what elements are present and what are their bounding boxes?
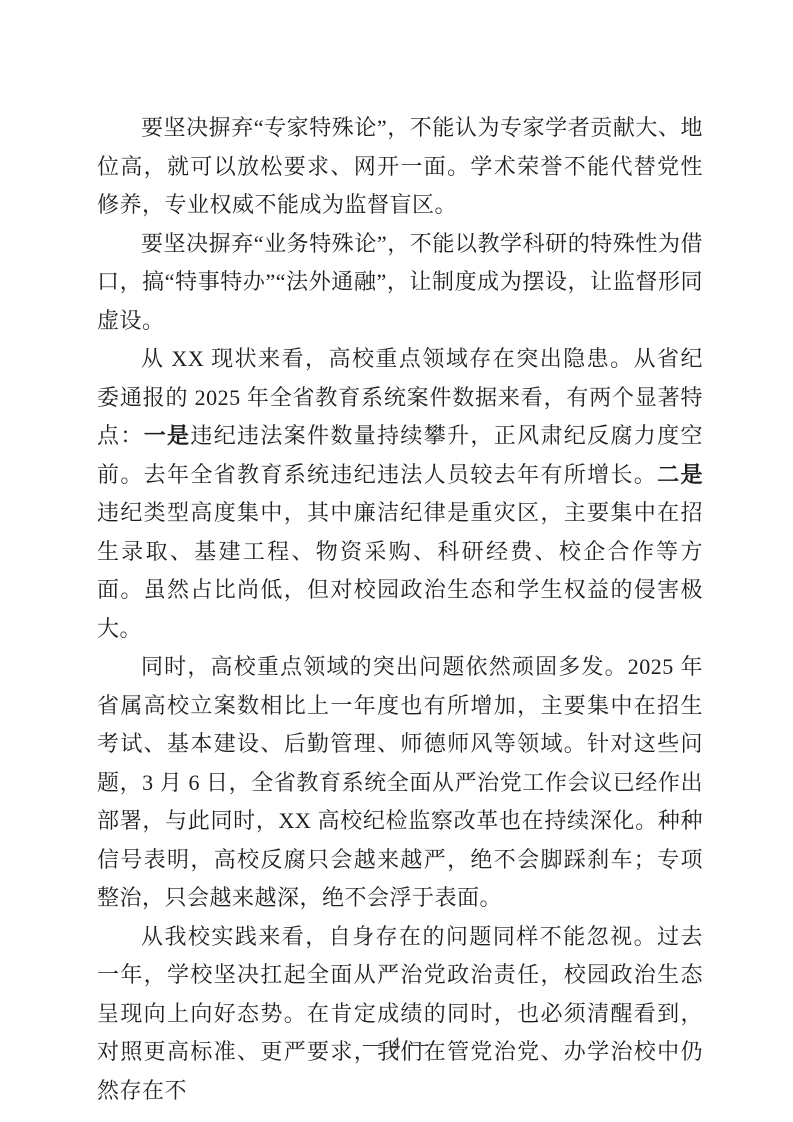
page-number: — 4 —	[363, 1034, 430, 1055]
document-body: 要坚决摒弃“专家特殊论”，不能认为专家学者贡献大、地位高，就可以放松要求、网开一…	[97, 109, 703, 1110]
paragraph: 要坚决摒弃“专家特殊论”，不能认为专家学者贡献大、地位高，就可以放松要求、网开一…	[97, 109, 703, 225]
text-run: 要坚决摒弃“业务特殊论”，不能以教学科研的特殊性为借口，搞“特事特办”“法外通融…	[97, 231, 703, 333]
text-run: 同时，高校重点领域的突出问题依然顽固多发。2025 年省属高校立案数相比上一年度…	[97, 654, 703, 910]
page-footer: — 4 —	[0, 1034, 793, 1056]
text-run: 从我校实践来看，自身存在的问题同样不能忽视。过去一年，学校坚决扛起全面从严治党政…	[97, 924, 703, 1103]
document-page: 要坚决摒弃“专家特殊论”，不能认为专家学者贡献大、地位高，就可以放松要求、网开一…	[0, 0, 793, 1122]
paragraph: 要坚决摒弃“业务特殊论”，不能以教学科研的特殊性为借口，搞“特事特办”“法外通融…	[97, 225, 703, 341]
text-run: 违纪类型高度集中，其中廉洁纪律是重灾区，主要集中在招生录取、基建工程、物资采购、…	[97, 500, 703, 641]
paragraph: 从我校实践来看，自身存在的问题同样不能忽视。过去一年，学校坚决扛起全面从严治党政…	[97, 918, 703, 1111]
paragraph: 从 XX 现状来看，高校重点领域存在突出隐患。从省纪委通报的 2025 年全省教…	[97, 340, 703, 648]
paragraph: 同时，高校重点领域的突出问题依然顽固多发。2025 年省属高校立案数相比上一年度…	[97, 648, 703, 918]
bold-text-run: 一是	[144, 423, 191, 448]
bold-text-run: 二是	[657, 462, 703, 487]
text-run: 要坚决摒弃“专家特殊论”，不能认为专家学者贡献大、地位高，就可以放松要求、网开一…	[97, 115, 703, 217]
